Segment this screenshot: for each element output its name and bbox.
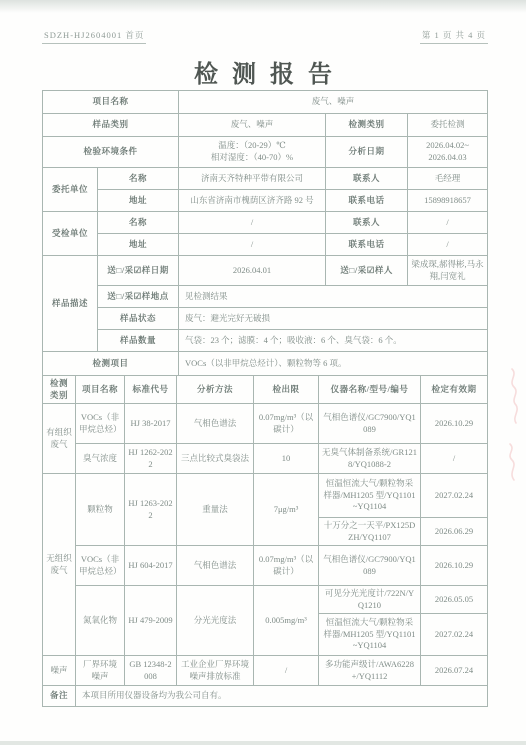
row-sample-date: 样品描述 送□/采☑样日期 2026.04.01 送□/采☑样人 梁成琛,郝得彬… xyxy=(43,256,488,286)
sample-category-value: 废气、噪声 xyxy=(179,114,326,137)
row-organized-voc: 有组织废气 VOCs（非甲烷总烃） HJ 38-2017 气相色谱法 0.07m… xyxy=(43,404,488,444)
nox-instrument-1: 可见分光光度计/722N/YQ1210 xyxy=(319,586,421,614)
client-contact-label: 联系人 xyxy=(326,168,408,190)
sample-qty-label: 样品数量 xyxy=(98,330,179,352)
row-remark: 备注 本项目所用仪器设备均为我公司自有。 xyxy=(43,686,488,707)
pm-method: 重量法 xyxy=(177,474,254,546)
inspected-contact-label: 联系人 xyxy=(326,212,408,234)
sample-date-value: 2026.04.01 xyxy=(179,256,326,286)
inspected-name-value: / xyxy=(179,212,326,234)
sample-site-label: 送□/采☑样地点 xyxy=(98,286,179,308)
pm-item: 颗粒物 xyxy=(76,474,125,546)
red-handwriting-mark-bottom xyxy=(498,440,524,486)
environment-value: 温度：（20-29）℃ 相对湿度：（40-70）% xyxy=(179,137,326,168)
client-label: 委托单位 xyxy=(43,168,98,212)
pm-standard: HJ 1263-2022 xyxy=(125,474,177,546)
odor-method: 三点比较式臭袋法 xyxy=(177,444,254,474)
odor-instrument: 无臭气体制备系统/GR1218/YQ1088-2 xyxy=(319,444,421,474)
pm-instrument-1: 恒温恒流大气/颗粒物采样器/MH1205 型/YQ1101~YQ1104 xyxy=(319,474,421,518)
unorganized-voc-method: 气相色谱法 xyxy=(177,546,254,586)
pm-validity-2: 2026.06.29 xyxy=(421,518,488,546)
client-name-label: 名称 xyxy=(98,168,179,190)
col-limit: 检出限 xyxy=(254,376,319,404)
unorganized-category: 无组织废气 xyxy=(43,474,76,656)
test-category-value: 委托检测 xyxy=(408,114,488,137)
organized-voc-standard: HJ 38-2017 xyxy=(125,404,177,444)
noise-instrument: 多功能声级计/AWA6228+/YQ1112 xyxy=(319,656,421,686)
col-validity: 检定有效期 xyxy=(421,376,488,404)
report-title: 检测报告 xyxy=(0,54,526,89)
row-sample-category: 样品类别 废气、噪声 检测类别 委托检测 xyxy=(43,114,488,137)
col-category: 检测类别 xyxy=(43,376,76,404)
client-name-value: 济南天齐特种平带有限公司 xyxy=(179,168,326,190)
analysis-date-value: 2026.04.02~ 2026.04.03 xyxy=(408,137,488,168)
row-client-name: 委托单位 名称 济南天齐特种平带有限公司 联系人 毛经理 xyxy=(43,168,488,190)
nox-standard: HJ 479-2009 xyxy=(125,586,177,656)
test-items-label: 检测项目 xyxy=(43,352,179,376)
row-sample-site: 送□/采☑样地点 见检测结果 xyxy=(43,286,488,308)
col-method: 分析方法 xyxy=(177,376,254,404)
doc-code: SDZH-HJ2604001 首页 xyxy=(42,29,146,44)
sample-site-value: 见检测结果 xyxy=(179,286,488,308)
row-sample-state: 样品状态 废气：避光完好无破损 xyxy=(43,308,488,330)
row-nox-instrument1: 氮氧化物 HJ 479-2009 分光光度法 0.005mg/m³ 可见分光光度… xyxy=(43,586,488,614)
organized-voc-validity: 2026.10.29 xyxy=(421,404,488,444)
col-item: 项目名称 xyxy=(76,376,125,404)
page-header: SDZH-HJ2604001 首页 第 1 页 共 4 页 xyxy=(42,29,488,44)
sampler-value: 梁成琛,郝得彬,马永翔,闫宽礼 xyxy=(408,256,488,286)
scan-edge-bottom xyxy=(0,741,526,745)
method-table: 检测类别 项目名称 标准代号 分析方法 检出限 仪器名称/型号/编号 检定有效期… xyxy=(42,375,488,707)
nox-limit: 0.005mg/m³ xyxy=(254,586,319,656)
inspected-label: 受检单位 xyxy=(43,212,98,256)
row-inspected-name: 受检单位 名称 / 联系人 / xyxy=(43,212,488,234)
analysis-date-end: 2026.04.03 xyxy=(411,152,484,164)
sample-date-label: 送□/采☑样日期 xyxy=(98,256,179,286)
unorganized-voc-validity: 2026.10.29 xyxy=(421,546,488,586)
row-sample-qty: 样品数量 气袋：23 个；滤膜：4 个；吸收液：6 个、臭气袋：6 个。 xyxy=(43,330,488,352)
client-address-label: 地址 xyxy=(98,190,179,212)
organized-category: 有组织废气 xyxy=(43,404,76,474)
odor-item: 臭气浓度 xyxy=(76,444,125,474)
nox-method: 分光光度法 xyxy=(177,586,254,656)
row-environment: 检验环境条件 温度：（20-29）℃ 相对湿度：（40-70）% 分析日期 20… xyxy=(43,137,488,168)
row-unorganized-voc: VOCs（非甲烷总烃） HJ 604-2017 气相色谱法 0.07mg/m³（… xyxy=(43,546,488,586)
analysis-date-label: 分析日期 xyxy=(326,137,408,168)
client-phone-label: 联系电话 xyxy=(326,190,408,212)
noise-category: 噪声 xyxy=(43,656,76,686)
unorganized-voc-item: VOCs（非甲烷总烃） xyxy=(76,546,125,586)
humidity-line: 相对湿度：（40-70）% xyxy=(182,152,322,164)
nox-item: 氮氧化物 xyxy=(76,586,125,656)
sample-desc-label: 样品描述 xyxy=(43,256,98,352)
report-tables: 项目名称 废气、噪声 样品类别 废气、噪声 检测类别 委托检测 检验环境条件 温… xyxy=(42,90,487,707)
client-phone-value: 15898918657 xyxy=(408,190,488,212)
pm-limit: 7μg/m³ xyxy=(254,474,319,546)
row-project-name: 项目名称 废气、噪声 xyxy=(43,91,488,114)
organized-voc-limit: 0.07mg/m³（以碳计） xyxy=(254,404,319,444)
row-odor: 臭气浓度 HJ 1262-2022 三点比较式臭袋法 10 无臭气体制备系统/G… xyxy=(43,444,488,474)
scan-edge-top xyxy=(0,0,526,13)
inspected-address-value: / xyxy=(179,234,326,256)
organized-voc-method: 气相色谱法 xyxy=(177,404,254,444)
nox-validity-1: 2026.05.05 xyxy=(421,586,488,614)
sample-category-label: 样品类别 xyxy=(43,114,179,137)
odor-standard: HJ 1262-2022 xyxy=(125,444,177,474)
noise-method: 工业企业厂界环境噪声排放标准 xyxy=(177,656,254,686)
method-header-row: 检测类别 项目名称 标准代号 分析方法 检出限 仪器名称/型号/编号 检定有效期 xyxy=(43,376,488,404)
noise-validity: 2026.07.24 xyxy=(421,656,488,686)
unorganized-voc-instrument: 气相色谱仪/GC7900/YQ1089 xyxy=(319,546,421,586)
col-instrument: 仪器名称/型号/编号 xyxy=(319,376,421,404)
red-handwriting-mark-top xyxy=(498,365,524,435)
project-name-value: 废气、噪声 xyxy=(179,91,488,114)
test-items-value: VOCs（以非甲烷总烃计）、颗粒物等 6 项。 xyxy=(179,352,488,376)
pm-instrument-2: 十万分之一天平/PX125DZH/YQ1107 xyxy=(319,518,421,546)
row-noise: 噪声 厂界环境噪声 GB 12348-2008 工业企业厂界环境噪声排放标准 /… xyxy=(43,656,488,686)
inspected-phone-label: 联系电话 xyxy=(326,234,408,256)
row-inspected-address: 地址 / 联系电话 / xyxy=(43,234,488,256)
project-name-label: 项目名称 xyxy=(43,91,179,114)
unorganized-voc-standard: HJ 604-2017 xyxy=(125,546,177,586)
noise-standard: GB 12348-2008 xyxy=(125,656,177,686)
noise-limit: / xyxy=(254,656,319,686)
inspected-phone-value: / xyxy=(408,234,488,256)
temperature-line: 温度：（20-29）℃ xyxy=(182,140,322,152)
environment-label: 检验环境条件 xyxy=(43,137,179,168)
sample-state-label: 样品状态 xyxy=(98,308,179,330)
client-address-value: 山东省济南市槐荫区济齐路 92 号 xyxy=(179,190,326,212)
remark-label: 备注 xyxy=(43,686,76,707)
row-pm-instrument1: 无组织废气 颗粒物 HJ 1263-2022 重量法 7μg/m³ 恒温恒流大气… xyxy=(43,474,488,518)
odor-validity: / xyxy=(421,444,488,474)
col-standard: 标准代号 xyxy=(125,376,177,404)
sample-qty-value: 气袋：23 个；滤膜：4 个；吸收液：6 个、臭气袋：6 个。 xyxy=(179,330,488,352)
remark-text: 本项目所用仪器设备均为我公司自有。 xyxy=(76,686,488,707)
sample-state-value: 废气：避光完好无破损 xyxy=(179,308,488,330)
sample-info-table: 项目名称 废气、噪声 样品类别 废气、噪声 检测类别 委托检测 检验环境条件 温… xyxy=(42,90,488,376)
test-category-label: 检测类别 xyxy=(326,114,408,137)
inspected-contact-value: / xyxy=(408,212,488,234)
inspected-name-label: 名称 xyxy=(98,212,179,234)
sampler-label: 送□/采☑样人 xyxy=(326,256,408,286)
organized-voc-item: VOCs（非甲烷总烃） xyxy=(76,404,125,444)
row-client-address: 地址 山东省济南市槐荫区济齐路 92 号 联系电话 15898918657 xyxy=(43,190,488,212)
nox-validity-2: 2027.02.24 xyxy=(421,614,488,656)
noise-item: 厂界环境噪声 xyxy=(76,656,125,686)
pm-validity-1: 2027.02.24 xyxy=(421,474,488,518)
client-contact-value: 毛经理 xyxy=(408,168,488,190)
analysis-date-start: 2026.04.02~ xyxy=(411,140,484,152)
report-page: SDZH-HJ2604001 首页 第 1 页 共 4 页 检测报告 项目名称 … xyxy=(0,0,526,745)
unorganized-voc-limit: 0.07mg/m³（以碳计） xyxy=(254,546,319,586)
odor-limit: 10 xyxy=(254,444,319,474)
page-number: 第 1 页 共 4 页 xyxy=(420,29,488,44)
organized-voc-instrument: 气相色谱仪/GC7900/YQ1089 xyxy=(319,404,421,444)
inspected-address-label: 地址 xyxy=(98,234,179,256)
nox-instrument-2: 恒温恒流大气/颗粒物采样器/MH1205 型/YQ1101~YQ1104 xyxy=(319,614,421,656)
row-test-items: 检测项目 VOCs（以非甲烷总烃计）、颗粒物等 6 项。 xyxy=(43,352,488,376)
